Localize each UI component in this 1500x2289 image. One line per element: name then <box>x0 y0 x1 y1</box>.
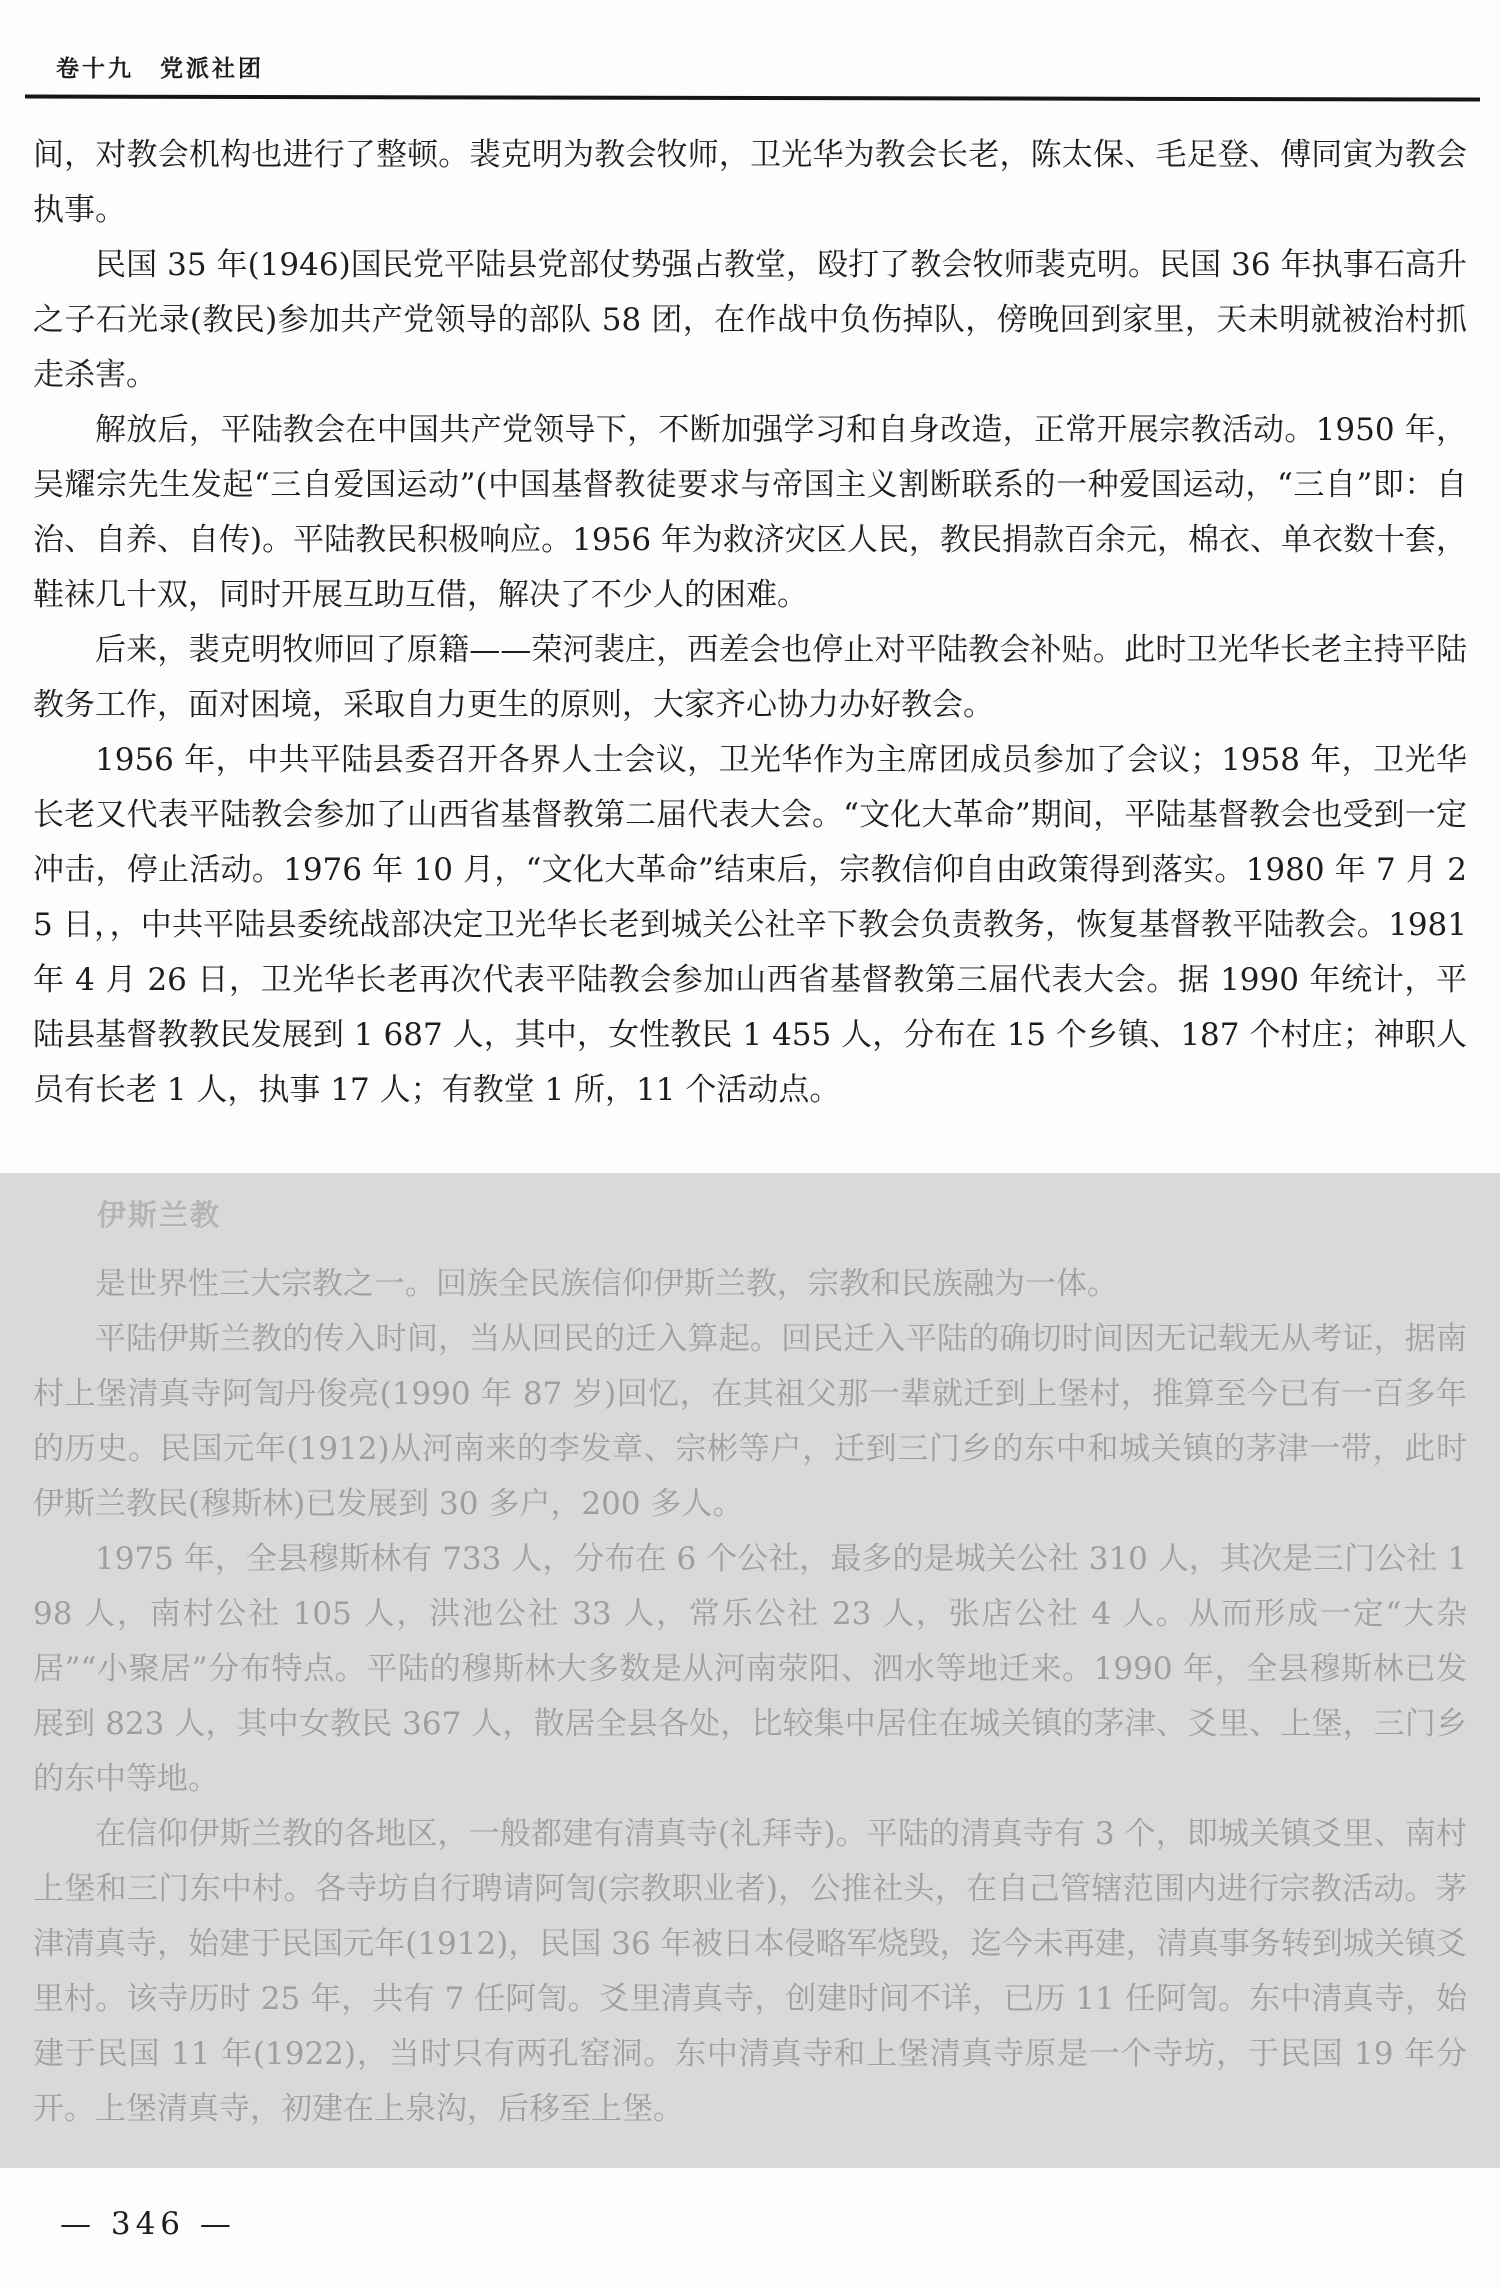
book-page: 卷十九 党派社团 间，对教会机构也进行了整顿。裴克明为教会牧师，卫光华为教会长老… <box>0 0 1500 2289</box>
page-number: — 346 — <box>60 2206 236 2242</box>
paragraph-islam-2: 平陆伊斯兰教的传入时间，当从回民的迁入算起。回民迁入平陆的确切时间因无记载无从考… <box>33 1312 1467 1532</box>
paragraph-christian-5: 1956 年，中共平陆县委召开各界人士会议，卫光华作为主席团成员参加了会议；19… <box>33 733 1467 1118</box>
running-header: 卷十九 党派社团 <box>56 50 264 83</box>
islam-text-block: 是世界性三大宗教之一。回族全民族信仰伊斯兰教，宗教和民族融为一体。 平陆伊斯兰教… <box>33 1257 1467 2137</box>
paragraph-islam-1: 是世界性三大宗教之一。回族全民族信仰伊斯兰教，宗教和民族融为一体。 <box>33 1257 1467 1312</box>
paragraph-islam-3: 1975 年，全县穆斯林有 733 人，分布在 6 个公社，最多的是城关公社 3… <box>33 1532 1467 1807</box>
islam-section: 伊斯兰教 是世界性三大宗教之一。回族全民族信仰伊斯兰教，宗教和民族融为一体。 平… <box>0 1173 1500 2168</box>
paragraph-christian-1: 间，对教会机构也进行了整顿。裴克明为教会牧师，卫光华为教会长老，陈太保、毛足登、… <box>33 128 1467 238</box>
paragraph-christian-4: 后来，裴克明牧师回了原籍——荣河裴庄，西差会也停止对平陆教会补贴。此时卫光华长老… <box>33 623 1467 733</box>
islam-section-inner: 伊斯兰教 是世界性三大宗教之一。回族全民族信仰伊斯兰教，宗教和民族融为一体。 平… <box>33 1173 1467 2137</box>
header-rule <box>25 94 1480 101</box>
islam-section-heading: 伊斯兰教 <box>97 1195 1467 1235</box>
paragraph-islam-4: 在信仰伊斯兰教的各地区，一般都建有清真寺(礼拜寺)。平陆的清真寺有 3 个，即城… <box>33 1807 1467 2137</box>
paragraph-christian-2: 民国 35 年(1946)国民党平陆县党部仗势强占教堂，殴打了教会牧师裴克明。民… <box>33 238 1467 403</box>
paragraph-christian-3: 解放后，平陆教会在中国共产党领导下，不断加强学习和自身改造，正常开展宗教活动。1… <box>33 403 1467 623</box>
christianity-text-block: 间，对教会机构也进行了整顿。裴克明为教会牧师，卫光华为教会长老，陈太保、毛足登、… <box>33 128 1467 1118</box>
